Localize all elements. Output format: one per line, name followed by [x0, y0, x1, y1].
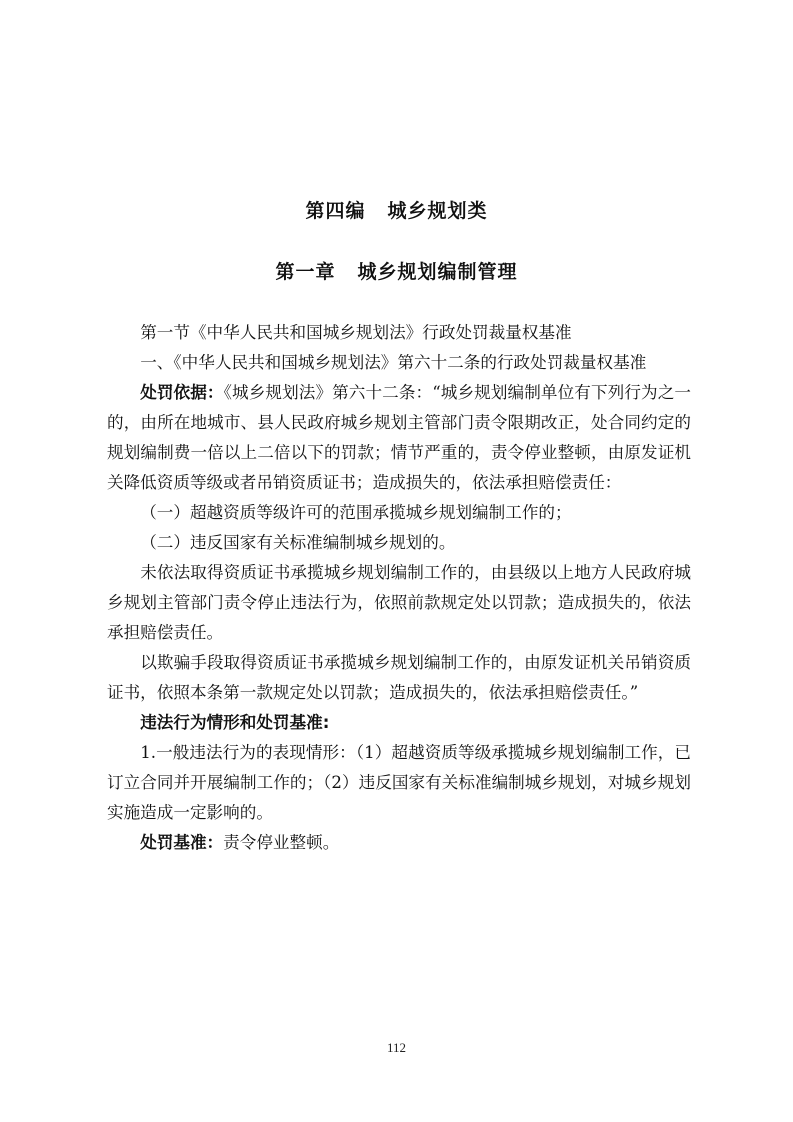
section-title: 第一节《中华人民共和国城乡规划法》行政处罚裁量权基准 — [107, 318, 691, 348]
penalty-standard-label: 处罚基准： — [140, 833, 223, 852]
penalty-standard-paragraph: 处罚基准：责令停业整顿。 — [107, 828, 691, 858]
document-body: 第一节《中华人民共和国城乡规划法》行政处罚裁量权基准 一、《中华人民共和国城乡规… — [107, 318, 691, 858]
body-paragraph: 未依法取得资质证书承揽城乡规划编制工作的，由县级以上地方人民政府城乡规划主管部门… — [107, 558, 691, 648]
basis-item: （一）超越资质等级许可的范围承揽城乡规划编制工作的； — [107, 498, 691, 528]
document-page: 第四编城乡规划类 第一章城乡规划编制管理 第一节《中华人民共和国城乡规划法》行政… — [0, 0, 793, 1122]
basis-item: （二）违反国家有关标准编制城乡规划的。 — [107, 528, 691, 558]
chapter-title-prefix: 第一章 — [275, 261, 335, 283]
part-title: 第四编城乡规划类 — [0, 196, 793, 223]
penalty-basis-paragraph: 处罚依据：《城乡规划法》第六十二条：“城乡规划编制单位有下列行为之一的，由所在地… — [107, 378, 691, 498]
penalty-standard-text: 责令停业整顿。 — [223, 833, 339, 852]
page-number: 112 — [0, 1040, 793, 1056]
part-title-prefix: 第四编 — [305, 200, 365, 222]
subsection-title: 一、《中华人民共和国城乡规划法》第六十二条的行政处罚裁量权基准 — [107, 348, 691, 378]
part-title-name: 城乡规划类 — [388, 200, 488, 222]
penalty-basis-label: 处罚依据： — [140, 383, 223, 402]
violation-heading: 违法行为情形和处罚基准: — [107, 708, 691, 738]
violation-case: 1.一般违法行为的表现情形：（1）超越资质等级承揽城乡规划编制工作，已订立合同并… — [107, 738, 691, 828]
body-paragraph: 以欺骗手段取得资质证书承揽城乡规划编制工作的，由原发证机关吊销资质证书，依照本条… — [107, 648, 691, 708]
chapter-title-name: 城乡规划编制管理 — [358, 261, 518, 283]
chapter-title: 第一章城乡规划编制管理 — [0, 257, 793, 284]
